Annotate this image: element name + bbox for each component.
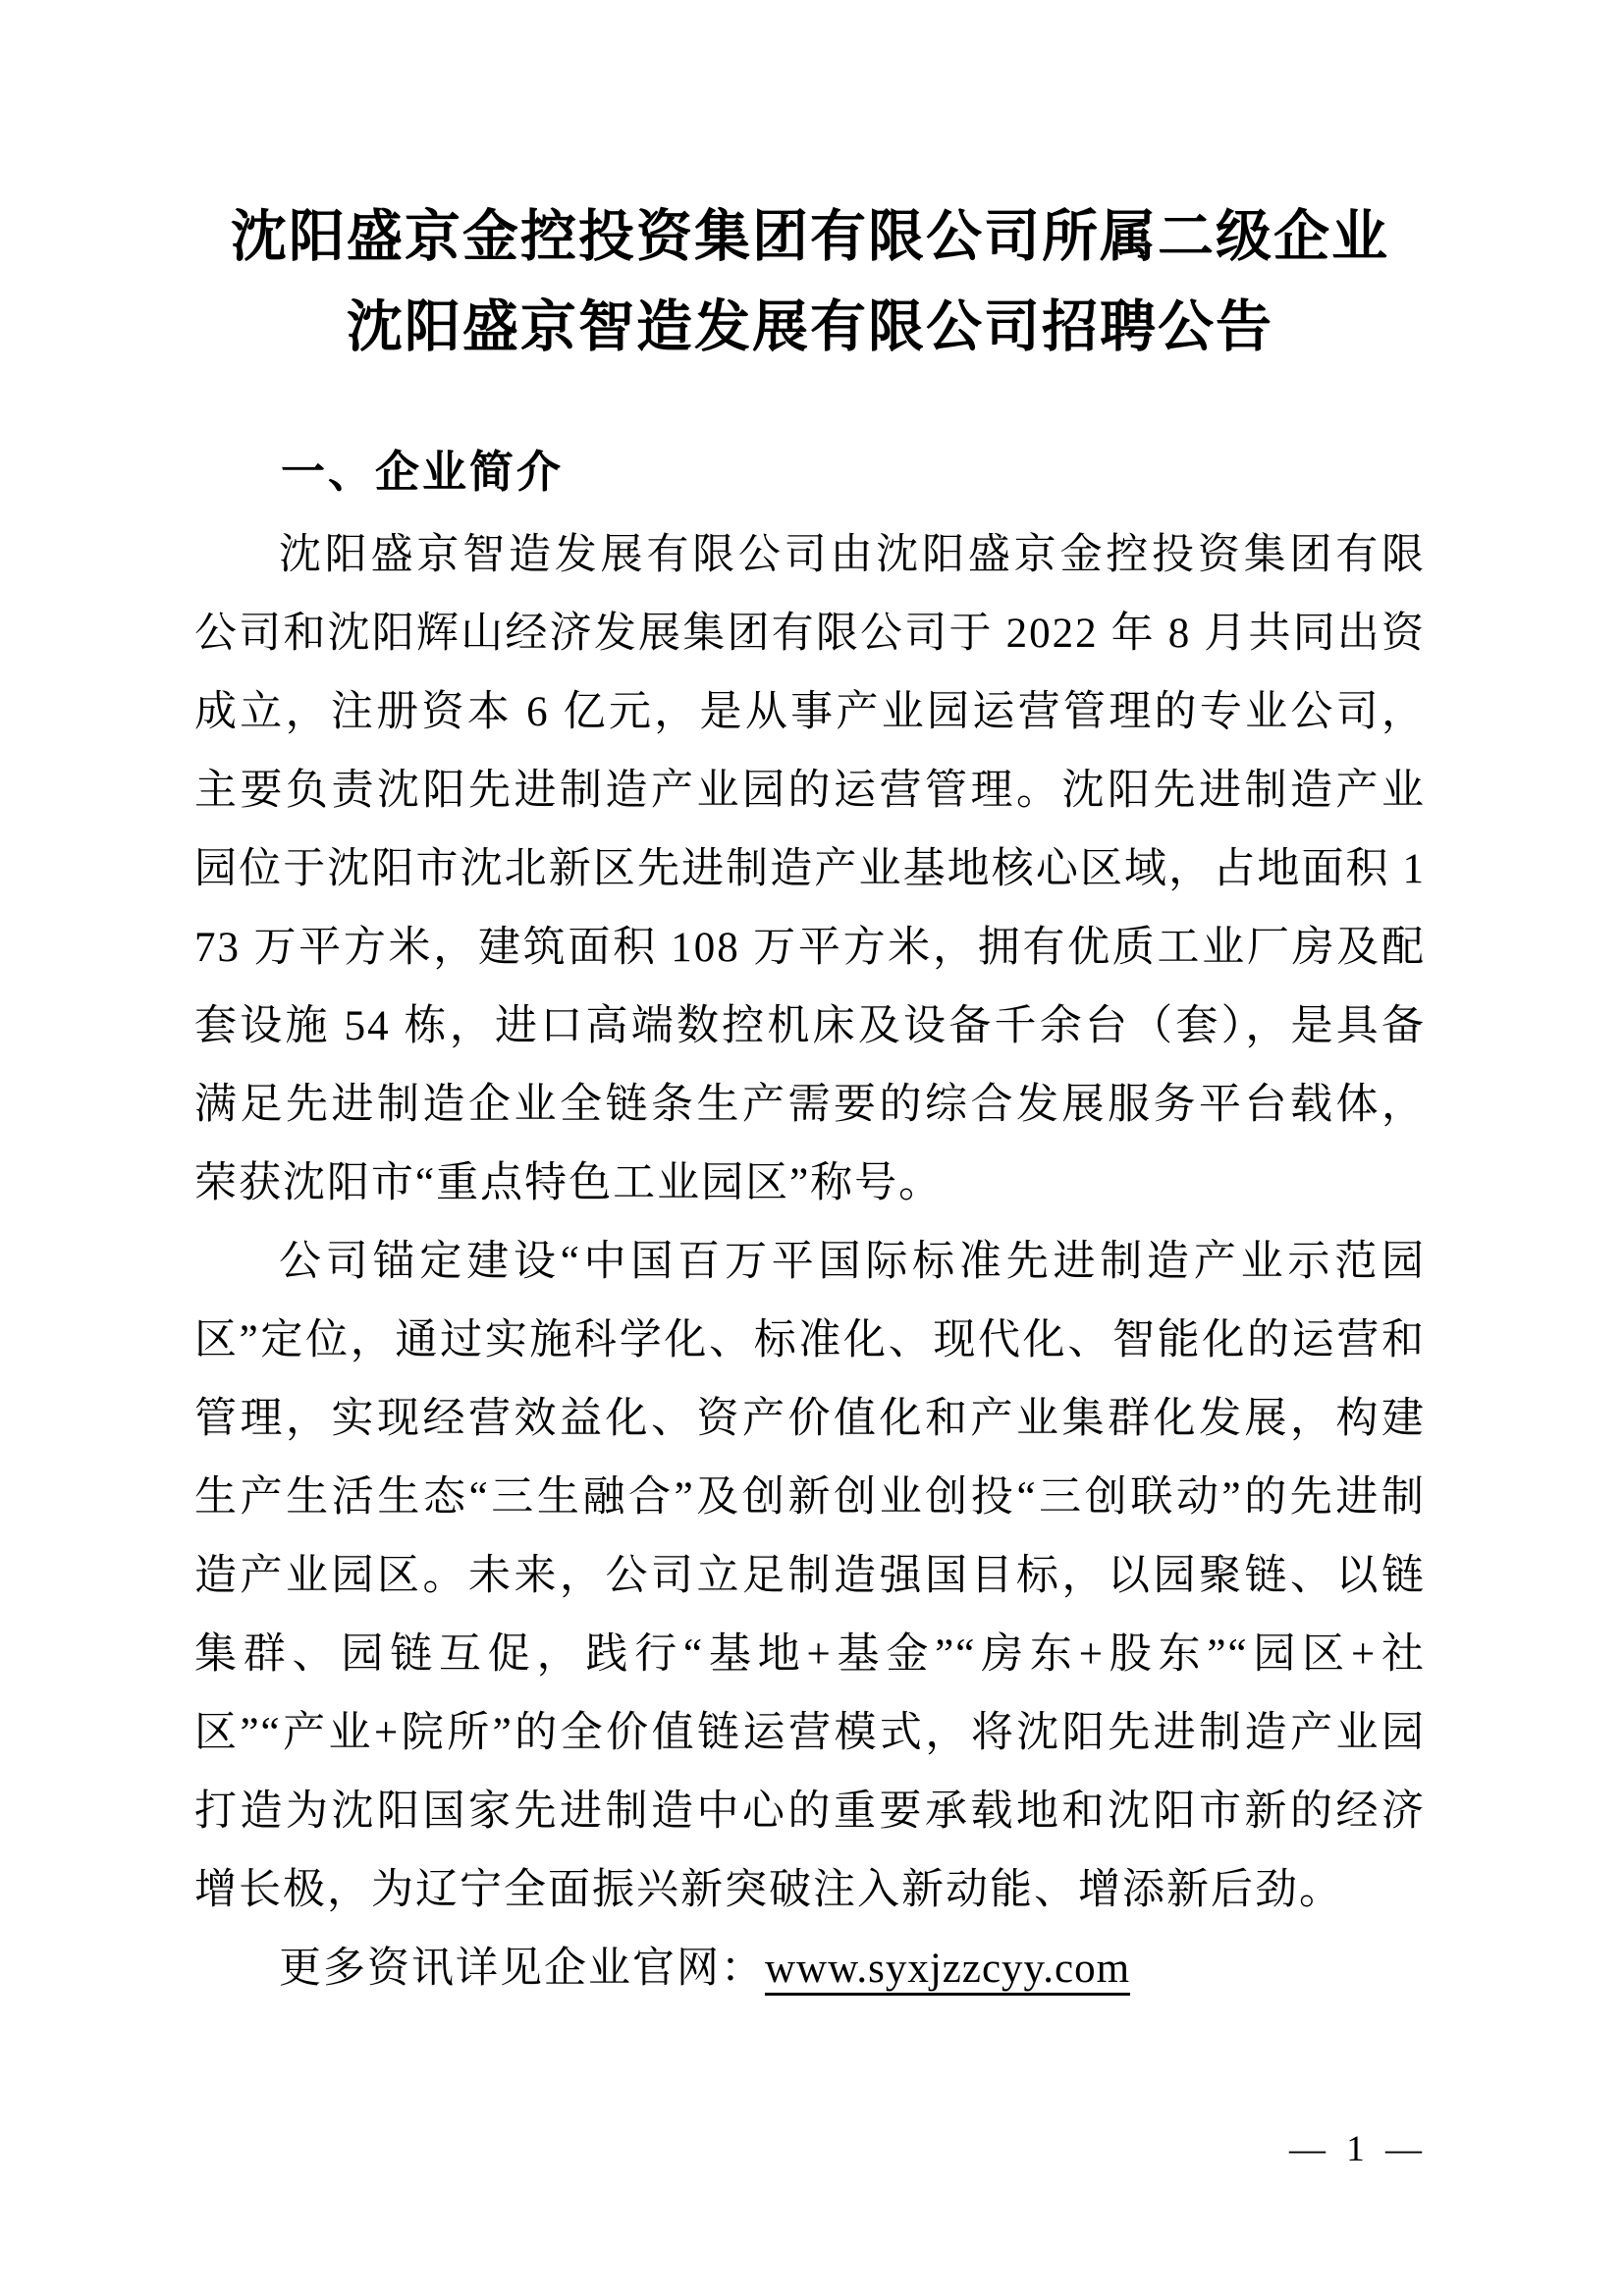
document-title-line-1: 沈阳盛京金控投资集团有限公司所属二级企业 bbox=[194, 192, 1426, 283]
document-page: 沈阳盛京金控投资集团有限公司所属二级企业 沈阳盛京智造发展有限公司招聘公告 一、… bbox=[0, 0, 1624, 2296]
document-title-line-2: 沈阳盛京智造发展有限公司招聘公告 bbox=[194, 283, 1426, 373]
website-line: 更多资讯详见企业官网：www.syxjzzcyy.com bbox=[194, 1930, 1426, 2008]
page-number: — 1 — bbox=[1289, 2120, 1428, 2179]
paragraph-company-vision: 公司锚定建设“中国百万平国际标准先进制造产业示范园区”定位，通过实施科学化、标准… bbox=[194, 1223, 1426, 1930]
website-label: 更多资讯详见企业官网： bbox=[279, 1946, 765, 1992]
section-heading-company-intro: 一、企业简介 bbox=[281, 442, 1426, 503]
document-title: 沈阳盛京金控投资集团有限公司所属二级企业 沈阳盛京智造发展有限公司招聘公告 bbox=[194, 192, 1426, 373]
paragraph-company-overview: 沈阳盛京智造发展有限公司由沈阳盛京金控投资集团有限公司和沈阳辉山经济发展集团有限… bbox=[194, 516, 1426, 1223]
website-link[interactable]: www.syxjzzcyy.com bbox=[765, 1946, 1130, 1996]
